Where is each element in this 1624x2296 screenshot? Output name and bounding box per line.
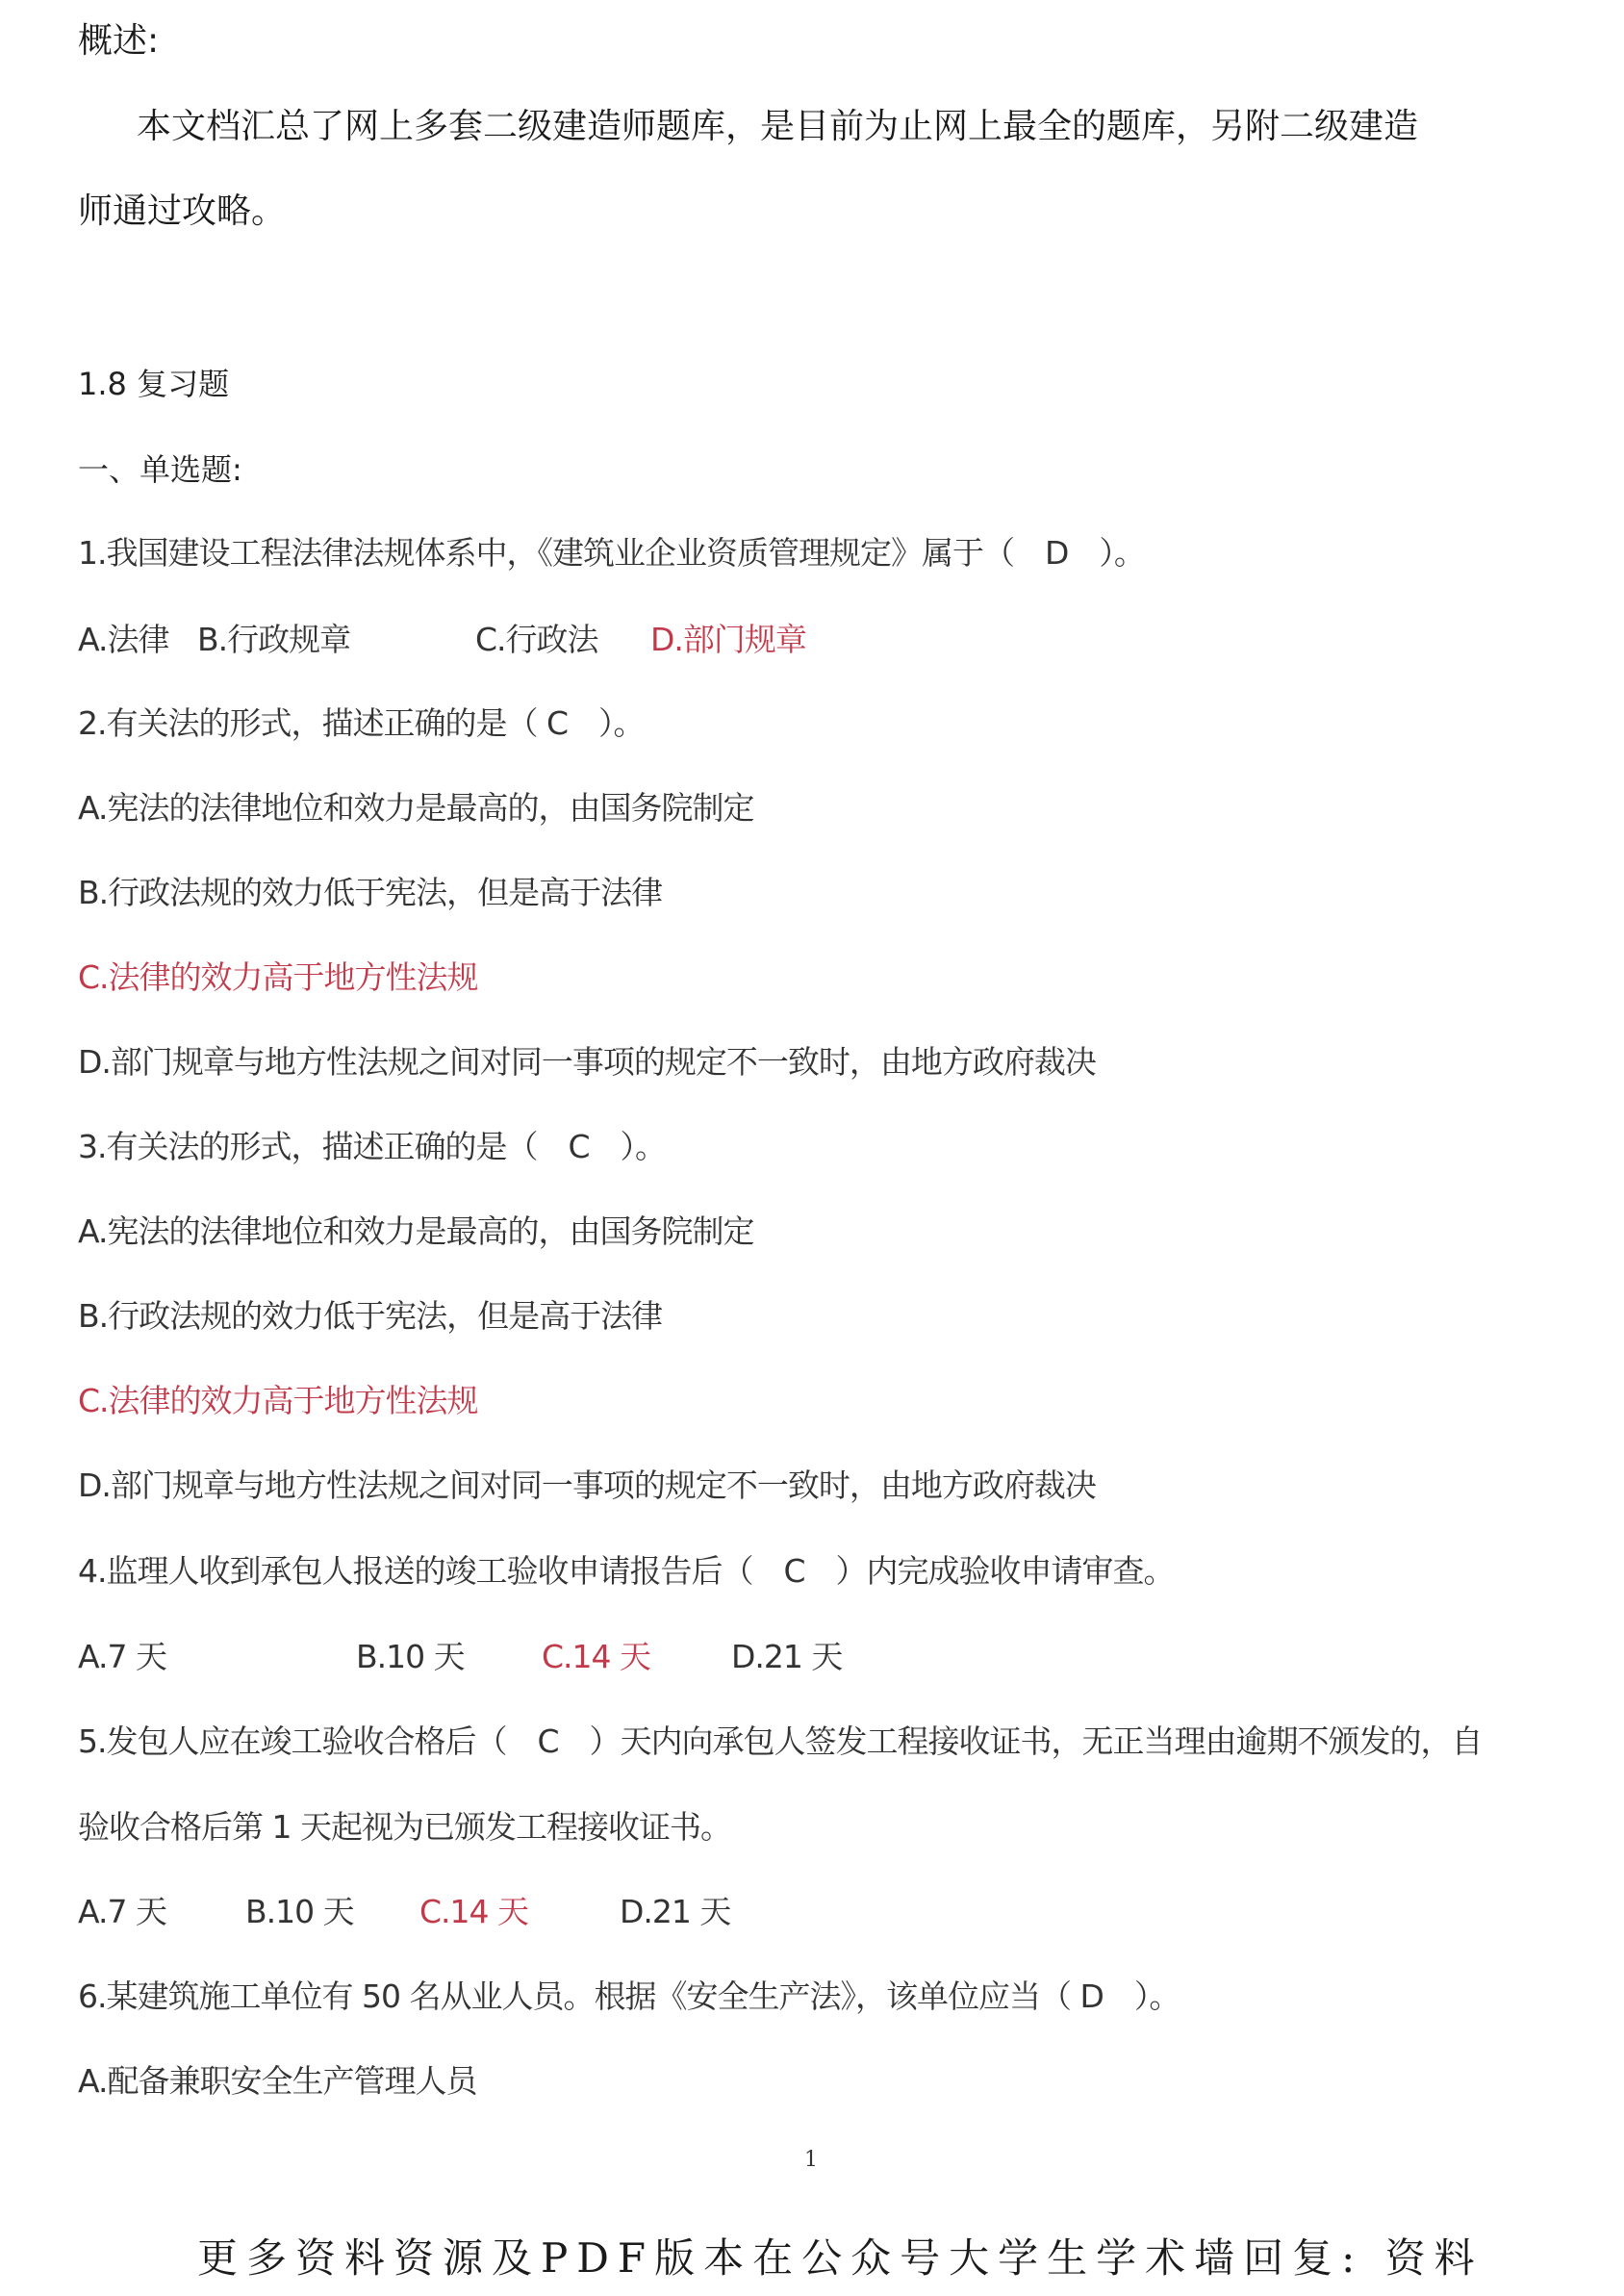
question-2-option-d: D.部门规章与地方性法规之间对同一事项的规定不一致时，由地方政府裁决 [78, 1043, 1096, 1082]
question-1-stem: 1.我国建设工程法律法规体系中，《建筑业企业资质管理规定》属于（ D ）。 [78, 534, 1145, 573]
question-1-option-d-correct: D.部门规章 [650, 621, 806, 659]
question-4-option-d: D.21 天 [731, 1638, 842, 1676]
question-2-option-c-correct: C.法律的效力高于地方性法规 [78, 958, 478, 997]
question-5-option-b: B.10 天 [245, 1893, 354, 1931]
question-3-option-b: B.行政法规的效力低于宪法，但是高于法律 [78, 1297, 662, 1336]
page-number: 1 [804, 2148, 818, 2172]
question-1-options: A.法律 B.行政规章 C.行政法 D.部门规章 [0, 621, 1624, 659]
question-5-option-a: A.7 天 [78, 1893, 166, 1931]
question-1-option-c: C.行政法 [475, 621, 598, 659]
question-4-option-a: A.7 天 [78, 1638, 166, 1676]
question-4-stem: 4.监理人收到承包人报送的竣工验收申请报告后（ C ）内完成验收申请审查。 [78, 1552, 1175, 1591]
question-5-option-c-correct: C.14 天 [419, 1893, 528, 1931]
question-1-option-a: A.法律 [78, 621, 168, 659]
question-4-options: A.7 天 B.10 天 C.14 天 D.21 天 [0, 1638, 1624, 1676]
question-5-options: A.7 天 B.10 天 C.14 天 D.21 天 [0, 1893, 1624, 1931]
section-subheading: 一、单选题: [78, 450, 242, 489]
question-3-option-a: A.宪法的法律地位和效力是最高的，由国务院制定 [78, 1212, 753, 1251]
question-5-stem-line-1: 5.发包人应在竣工验收合格后（ C ）天内向承包人签发工程接收证书，无正当理由逾… [78, 1722, 1483, 1761]
overview-title: 概述: [78, 22, 159, 61]
question-6-stem: 6.某建筑施工单位有 50 名从业人员。根据《安全生产法》，该单位应当（ D ）… [78, 1977, 1180, 2016]
question-2-option-b: B.行政法规的效力低于宪法，但是高于法律 [78, 874, 662, 912]
question-4-option-c-correct: C.14 天 [542, 1638, 650, 1676]
question-6-option-a: A.配备兼职安全生产管理人员 [78, 2062, 476, 2101]
question-3-option-d: D.部门规章与地方性法规之间对同一事项的规定不一致时，由地方政府裁决 [78, 1467, 1096, 1505]
intro-paragraph-line-1: 本文档汇总了网上多套二级建造师题库，是目前为止网上最全的题库，另附二级建造 [137, 108, 1418, 146]
question-5-stem-line-2: 验收合格后第 1 天起视为已颁发工程接收证书。 [78, 1808, 731, 1847]
question-5-option-d: D.21 天 [620, 1893, 730, 1931]
question-2-option-a: A.宪法的法律地位和效力是最高的，由国务院制定 [78, 789, 753, 828]
question-4-option-b: B.10 天 [356, 1638, 465, 1676]
question-3-option-c-correct: C.法律的效力高于地方性法规 [78, 1382, 478, 1420]
question-2-stem: 2.有关法的形式，描述正确的是（ C ）。 [78, 704, 645, 743]
intro-paragraph-line-2: 师通过攻略。 [78, 192, 286, 231]
question-1-option-b: B.行政规章 [197, 621, 350, 659]
footer-watermark: 更多资料资源及PDF版本在公众号大学生学术墙回复: 资料 [197, 2234, 1484, 2283]
section-heading: 1.8 复习题 [78, 365, 229, 403]
question-3-stem: 3.有关法的形式，描述正确的是（ C ）。 [78, 1128, 666, 1166]
